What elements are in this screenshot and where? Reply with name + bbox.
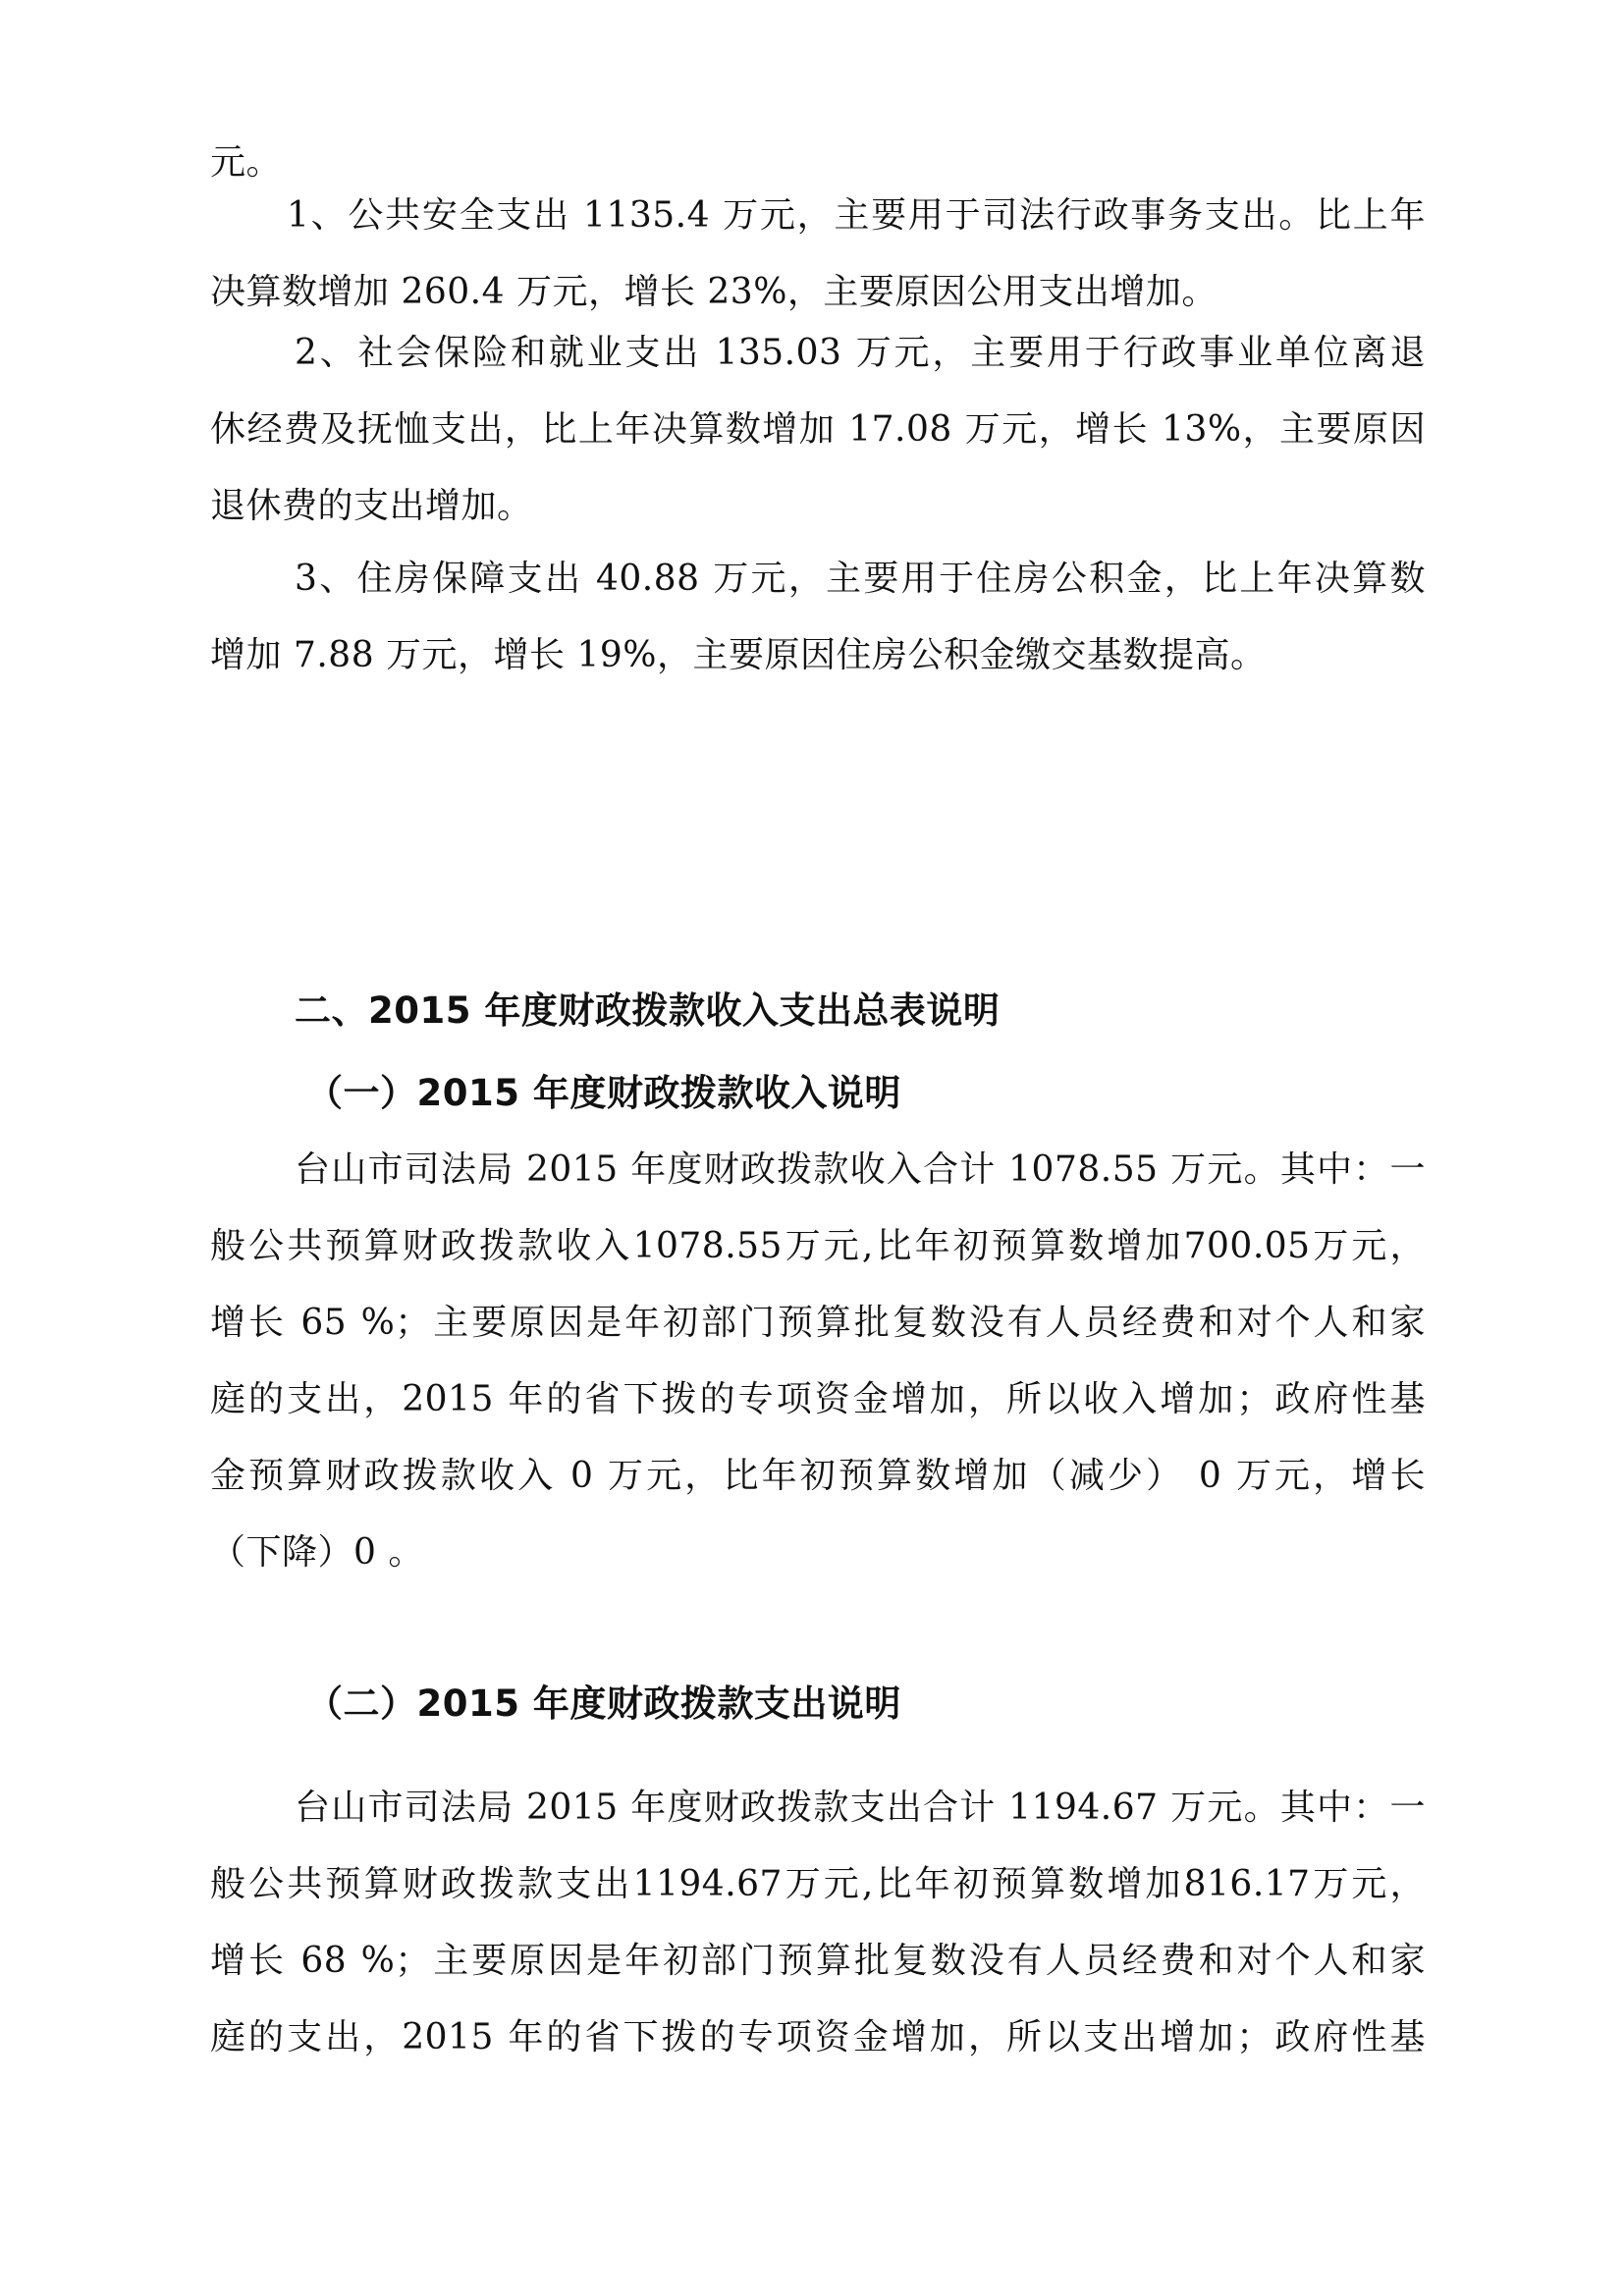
paragraph-line: 台山市司法局 2015 年度财政拨款收入合计 1078.55 万元。其中：一 [295,1147,1426,1194]
paragraph-line: 3、住房保障支出 40.88 万元，主要用于住房公积金，比上年决算数 [295,556,1426,603]
paragraph-line: （下降）0 。 [210,1529,1428,1576]
paragraph-line: 决算数增加 260.4 万元，增长 23%，主要原因公用支出增加。 [210,269,1428,316]
subsection-heading: （二）2015 年度财政拨款支出说明 [306,1681,1524,1728]
paragraph-line: 增加 7.88 万元，增长 19%，主要原因住房公积金缴交基数提高。 [210,632,1428,679]
section-heading: 二、2015 年度财政拨款收入支出总表说明 [295,988,1512,1035]
paragraph-line: 1、公共安全支出 1135.4 万元，主要用于司法行政事务支出。比上年 [287,192,1426,240]
document-page: 元。 1、公共安全支出 1135.4 万元，主要用于司法行政事务支出。比上年 决… [0,0,1624,2296]
paragraph-line: 般公共预算财政拨款支出1194.67万元,比年初预算数增加816.17万元， [210,1861,1426,1908]
paragraph-line: 退休费的支出增加。 [210,483,1428,530]
paragraph-line: 元。 [210,139,1428,187]
paragraph-line: 庭的支出，2015 年的省下拨的专项资金增加，所以支出增加；政府性基 [210,2014,1426,2061]
paragraph-line: 台山市司法局 2015 年度财政拨款支出合计 1194.67 万元。其中：一 [295,1785,1426,1832]
paragraph-line: 2、社会保险和就业支出 135.03 万元，主要用于行政事业单位离退 [295,330,1426,377]
paragraph-line: 增长 68 %；主要原因是年初部门预算批复数没有人员经费和对个人和家 [210,1938,1426,1985]
paragraph-line: 庭的支出，2015 年的省下拨的专项资金增加，所以收入增加；政府性基 [210,1376,1426,1423]
paragraph-line: 增长 65 %；主要原因是年初部门预算批复数没有人员经费和对个人和家 [210,1300,1426,1347]
paragraph-line: 休经费及抚恤支出，比上年决算数增加 17.08 万元，增长 13%，主要原因 [210,406,1426,454]
paragraph-line: 般公共预算财政拨款收入1078.55万元,比年初预算数增加700.05万元， [210,1223,1426,1270]
subsection-heading: （一）2015 年度财政拨款收入说明 [306,1070,1524,1117]
paragraph-line: 金预算财政拨款收入 0 万元，比年初预算数增加（减少） 0 万元，增长 [210,1453,1426,1500]
